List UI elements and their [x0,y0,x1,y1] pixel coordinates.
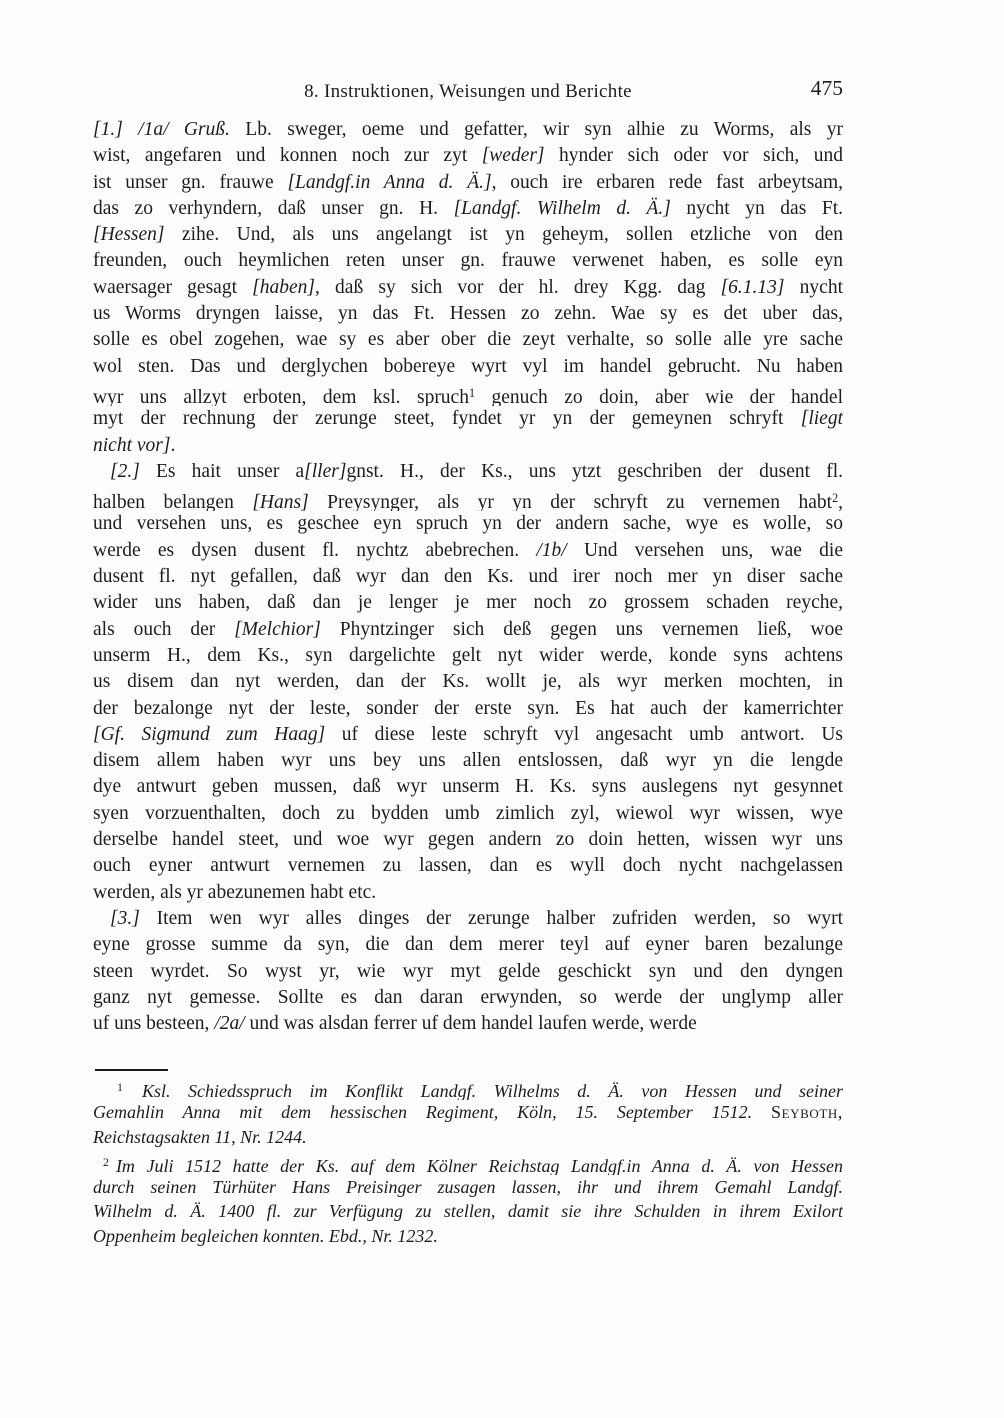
text-segment: Es hait unser a [140,461,304,482]
text-segment: hynder sich oder vor sich, und [545,145,843,166]
text-line: eyne grosse summe da syn, die dan dem me… [93,932,843,958]
text-line: dusent fl. nyt gefallen, daß wyr dan den… [93,564,843,590]
chapter-heading: 8. Instruktionen, Weisungen und Berichte [93,81,843,103]
italic-segment: Reichstagsakten 11, Nr. 1244. [93,1127,307,1147]
text-segment: waersager gesagt [93,277,252,298]
italic-segment: [Gf. Sigmund zum Haag] [93,724,325,745]
footnote-separator-rule [95,1069,168,1071]
text-line: freunden, ouch heymlichen reten unser gn… [93,248,843,274]
italic-segment: [Hans] [252,492,308,512]
text-segment: Phyntzinger sich deß gegen uns vernemen … [321,619,843,640]
text-segment: , ouch ire erbaren rede fast arbeytsam, [492,172,843,193]
text-line: wyr uns allzyt erboten, dem ksl. spruch1… [93,380,843,406]
italic-segment: [Melchior] [234,619,321,640]
italic-segment: /1b/ [536,540,566,561]
text-line: das zo verhyndern, daß unser gn. H. [Lan… [93,196,843,222]
text-segment: und versehen uns, es geschee eyn spruch … [93,513,843,534]
text-line: wist, angefaren und konnen noch zur zyt … [93,143,843,169]
text-segment: dusent fl. nyt gefallen, daß wyr dan den… [93,566,843,587]
text-segment: us disem dan nyt werden, dan der Ks. wol… [93,671,843,692]
text-segment: werden, als yr abezunemen habt etc. [93,882,376,903]
text-segment: freunden, ouch heymlichen reten unser gn… [93,250,843,271]
italic-segment: [weder] [482,145,545,166]
text-line: [3.] Item wen wyr alles dinges der zerun… [93,906,843,932]
text-line: uf uns besteen, /2a/ und was alsdan ferr… [93,1011,843,1037]
footnotes-block: 1Ksl. Schiedsspruch im Konflikt Landgf. … [93,1075,843,1249]
text-segment: wyr uns allzyt erboten, dem ksl. spruch [93,387,469,407]
text-line: waersager gesagt [haben], daß sy sich vo… [93,275,843,301]
text-line: syen vorzuenthalten, doch zu bydden umb … [93,801,843,827]
text-segment: halben belangen [93,492,252,512]
text-line: als ouch der [Melchior] Phyntzinger sich… [93,617,843,643]
text-line: solle es obel zogehen, wae sy es aber ob… [93,327,843,353]
italic-segment: [1.] /1a/ Gruß. [93,119,230,140]
text-segment: Preysynger, als yr yn der schryft zu ver… [309,492,832,512]
text-line: disem allem haben wyr uns bey uns allen … [93,748,843,774]
text-segment: zihe. Und, als uns angelangt ist yn gehe… [165,224,844,245]
text-segment: Und versehen uns, wae die [567,540,843,561]
text-line: derselbe handel steet, und woe wyr gegen… [93,827,843,853]
text-line: myt der rechnung der zerunge steet, fynd… [93,406,843,432]
text-segment: Lb. sweger, oeme und gefatter, wir syn a… [230,119,843,140]
text-line: [2.] Es hait unser a[ller]gnst. H., der … [93,459,843,485]
italic-segment: nicht vor] [93,435,170,456]
text-line: Oppenheim begleichen konnten. Ebd., Nr. … [93,1224,843,1249]
text-line: dye antwurt geben mussen, daß wyr unserm… [93,774,843,800]
italic-segment: durch seinen Türhüter Hans Preisinger zu… [93,1177,843,1197]
running-header: 8. Instruktionen, Weisungen und Berichte… [93,81,843,103]
text-line: ouch eyner antwurt vernemen zu lassen, d… [93,853,843,879]
footnote-1: 1Ksl. Schiedsspruch im Konflikt Landgf. … [93,1075,843,1150]
text-line: wol sten. Das und derglychen bobereye wy… [93,354,843,380]
text-segment: solle es obel zogehen, wae sy es aber ob… [93,329,843,350]
text-segment: dye antwurt geben mussen, daß wyr unserm… [93,776,843,797]
italic-segment: [Landgf. Wilhelm d. Ä.] [454,198,671,219]
footnote-marker: 2 [103,1155,109,1169]
italic-segment: /2a/ [214,1013,244,1034]
text-segment: . [170,435,175,456]
text-segment: steen wyrdet. So wyst yr, wie wyr myt ge… [93,961,843,982]
text-line: unserm H., dem Ks., syn dargelichte gelt… [93,643,843,669]
book-page: 8. Instruktionen, Weisungen und Berichte… [0,0,1004,1418]
text-line: ist unser gn. frauwe [Landgf.in Anna d. … [93,170,843,196]
text-segment: genuch zo doin, aber wie der handel [475,387,843,407]
italic-segment: [2.] [110,461,140,482]
italic-segment: [3.] [110,908,140,929]
italic-segment: Gemahlin Anna mit dem hessischen Regimen… [93,1102,771,1122]
text-segment: werde es dysen dusent fl. nychtz abebrec… [93,540,536,561]
text-line: steen wyrdet. So wyst yr, wie wyr myt ge… [93,959,843,985]
text-line: [Hessen] zihe. Und, als uns angelangt is… [93,222,843,248]
footnote-marker: 1 [117,1080,123,1094]
italic-segment: Im Juli 1512 hatte der Ks. auf dem Kölne… [116,1156,843,1175]
text-segment: unserm H., dem Ks., syn dargelichte gelt… [93,645,843,666]
paragraph-2: [2.] Es hait unser a[ller]gnst. H., der … [93,459,843,906]
text-segment: wist, angefaren und konnen noch zur zyt [93,145,482,166]
text-segment: nycht yn das Ft. [671,198,843,219]
text-line: werde es dysen dusent fl. nychtz abebrec… [93,538,843,564]
text-segment: ist unser gn. frauwe [93,172,287,193]
italic-segment: [Landgf.in Anna d. Ä.] [287,172,491,193]
italic-segment: [haben] [252,277,315,298]
text-segment: uf uns besteen, [93,1013,214,1034]
main-text-block: [1.] /1a/ Gruß. Lb. sweger, oeme und gef… [93,117,843,1037]
text-segment: disem allem haben wyr uns bey uns allen … [93,750,843,771]
paragraph-1: [1.] /1a/ Gruß. Lb. sweger, oeme und gef… [93,117,843,459]
text-segment: Item wen wyr alles dinges der zerunge ha… [140,908,843,929]
text-line: 1Ksl. Schiedsspruch im Konflikt Landgf. … [93,1075,843,1100]
italic-segment: Ksl. Schiedsspruch im Konflikt Landgf. W… [142,1081,843,1100]
text-segment: ouch eyner antwurt vernemen zu lassen, d… [93,855,843,876]
italic-segment: [6.1.13] [721,277,785,298]
footnote-2: 2Im Juli 1512 hatte der Ks. auf dem Köln… [93,1150,843,1250]
text-line: [Gf. Sigmund zum Haag] uf diese leste sc… [93,722,843,748]
italic-segment: [ller] [304,461,346,482]
text-line: Gemahlin Anna mit dem hessischen Regimen… [93,1100,843,1125]
text-segment: nycht [785,277,843,298]
italic-segment: [liegt [801,408,843,429]
italic-segment: [Hessen] [93,224,165,245]
text-line: Reichstagsakten 11, Nr. 1244. [93,1125,843,1150]
text-line: und versehen uns, es geschee eyn spruch … [93,511,843,537]
text-line: Wilhelm d. Ä. 1400 fl. zur Verfügung zu … [93,1199,843,1224]
text-line: wider uns haben, daß dan je lenger je me… [93,590,843,616]
text-line: us disem dan nyt werden, dan der Ks. wol… [93,669,843,695]
text-segment: ganz nyt gemesse. Sollte es dan daran er… [93,987,843,1008]
italic-segment: Wilhelm d. Ä. 1400 fl. zur Verfügung zu … [93,1201,843,1221]
text-line: der bezalonge nyt der leste, sonder der … [93,696,843,722]
text-line: ganz nyt gemesse. Sollte es dan daran er… [93,985,843,1011]
text-line: [1.] /1a/ Gruß. Lb. sweger, oeme und gef… [93,117,843,143]
text-segment: , [838,492,843,512]
text-line: nicht vor]. [93,433,843,459]
text-segment: syen vorzuenthalten, doch zu bydden umb … [93,803,843,824]
page-number: 475 [811,77,843,99]
text-segment: uf diese leste schryft vyl angesacht umb… [325,724,843,745]
text-segment: derselbe handel steet, und woe wyr gegen… [93,829,843,850]
text-line: werden, als yr abezunemen habt etc. [93,880,843,906]
small-caps-segment: Seyboth, [771,1102,843,1122]
text-line: 2Im Juli 1512 hatte der Ks. auf dem Köln… [93,1150,843,1175]
text-segment: als ouch der [93,619,234,640]
text-segment: , daß sy sich vor der hl. drey Kgg. dag [315,277,721,298]
text-segment: der bezalonge nyt der leste, sonder der … [93,698,843,719]
text-line: durch seinen Türhüter Hans Preisinger zu… [93,1175,843,1200]
text-segment: myt der rechnung der zerunge steet, fynd… [93,408,801,429]
paragraph-3: [3.] Item wen wyr alles dinges der zerun… [93,906,843,1037]
text-line: halben belangen [Hans] Preysynger, als y… [93,485,843,511]
text-segment: wol sten. Das und derglychen bobereye wy… [93,356,843,377]
italic-segment: Oppenheim begleichen konnten. Ebd., Nr. … [93,1226,438,1246]
text-segment: gnst. H., der Ks., uns ytzt geschriben d… [346,461,843,482]
text-segment: und was alsdan ferrer uf dem handel lauf… [245,1013,697,1034]
text-segment: eyne grosse summe da syn, die dan dem me… [93,934,843,955]
text-segment: us Worms dryngen laisse, yn das Ft. Hess… [93,303,843,324]
text-segment: das zo verhyndern, daß unser gn. H. [93,198,454,219]
text-line: us Worms dryngen laisse, yn das Ft. Hess… [93,301,843,327]
text-segment: wider uns haben, daß dan je lenger je me… [93,592,843,613]
